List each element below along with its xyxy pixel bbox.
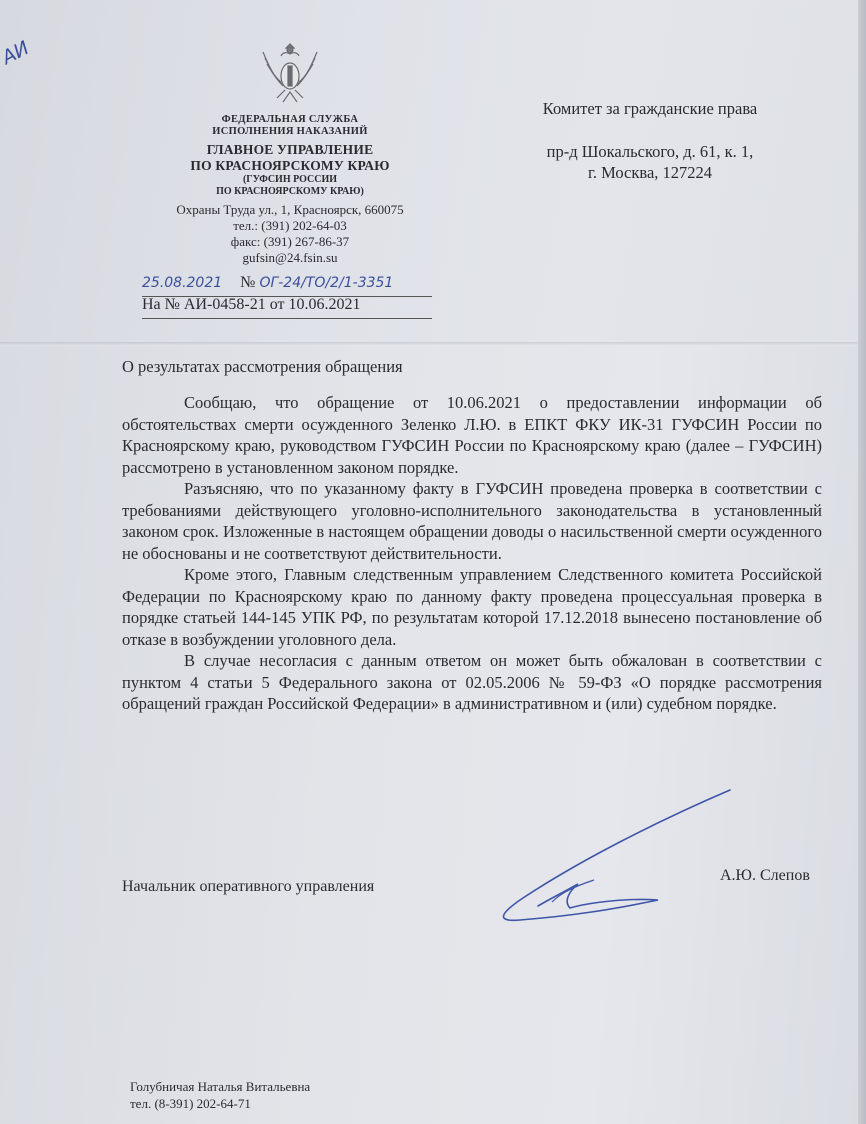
outgoing-number: ОГ-24/ТО/2/1-3351 <box>259 275 393 291</box>
incoming-reference: На № АИ-0458-21 от 10.06.2021 <box>142 296 432 319</box>
handwritten-signature <box>490 780 750 930</box>
executor-block: Голубничая Наталья Витальевна тел. (8-39… <box>130 1078 310 1112</box>
sender-address: Охраны Труда ул., 1, Красноярск, 660075 <box>140 202 440 218</box>
outgoing-number-label: № <box>240 274 255 291</box>
paragraph: Сообщаю, что обращение от 10.06.2021 о п… <box>122 392 822 478</box>
service-name-line2: ИСПОЛНЕНИЯ НАКАЗАНИЙ <box>140 126 440 138</box>
sender-fax: факс: (391) 267-86-37 <box>140 234 440 250</box>
signatory-title: Начальник оперативного управления <box>122 878 374 896</box>
paragraph: В случае несогласия с данным ответом он … <box>122 650 822 715</box>
signatory-name: А.Ю. Слепов <box>720 867 810 885</box>
letter-subject: О результатах рассмотрения обращения <box>122 357 403 377</box>
incoming-label: На № <box>142 296 180 313</box>
letter-body: Сообщаю, что обращение от 10.06.2021 о п… <box>122 392 822 715</box>
service-name-line1: ФЕДЕРАЛЬНАЯ СЛУЖБА <box>140 114 440 126</box>
recipient-address-line2: г. Москва, 127224 <box>505 162 795 183</box>
paper-fold-line <box>0 342 866 346</box>
sender-phone: тел.: (391) 202-64-03 <box>140 218 440 234</box>
department-abbr-line1: (ГУФСИН РОССИИ <box>140 174 440 186</box>
recipient-address-line1: пр-д Шокальского, д. 61, к. 1, <box>505 141 795 162</box>
department-abbr-line2: ПО КРАСНОЯРСКОМУ КРАЮ) <box>140 186 440 198</box>
recipient-block: Комитет за гражданские права пр-д Шокаль… <box>505 98 795 183</box>
handwritten-corner-note: АИ <box>0 37 33 69</box>
executor-phone: тел. (8-391) 202-64-71 <box>130 1095 310 1112</box>
paragraph: Разъясняю, что по указанному факту в ГУФ… <box>122 478 822 564</box>
department-name-line2: ПО КРАСНОЯРСКОМУ КРАЮ <box>140 158 440 174</box>
department-name-line1: ГЛАВНОЕ УПРАВЛЕНИЕ <box>140 142 440 158</box>
paragraph: Кроме этого, Главным следственным управл… <box>122 564 822 650</box>
outgoing-reference: 25.08.2021 № ОГ-24/ТО/2/1-3351 <box>142 274 432 297</box>
incoming-value: АИ-0458-21 от 10.06.2021 <box>184 296 361 313</box>
recipient-name: Комитет за гражданские права <box>505 98 795 119</box>
outgoing-date: 25.08.2021 <box>142 275 222 291</box>
letterhead: ФЕДЕРАЛЬНАЯ СЛУЖБА ИСПОЛНЕНИЯ НАКАЗАНИЙ … <box>140 38 440 266</box>
sender-email: gufsin@24.fsin.su <box>140 250 440 266</box>
paper-edge <box>858 0 866 1124</box>
eagle-emblem-icon <box>255 38 325 110</box>
executor-name: Голубничая Наталья Витальевна <box>130 1078 310 1095</box>
